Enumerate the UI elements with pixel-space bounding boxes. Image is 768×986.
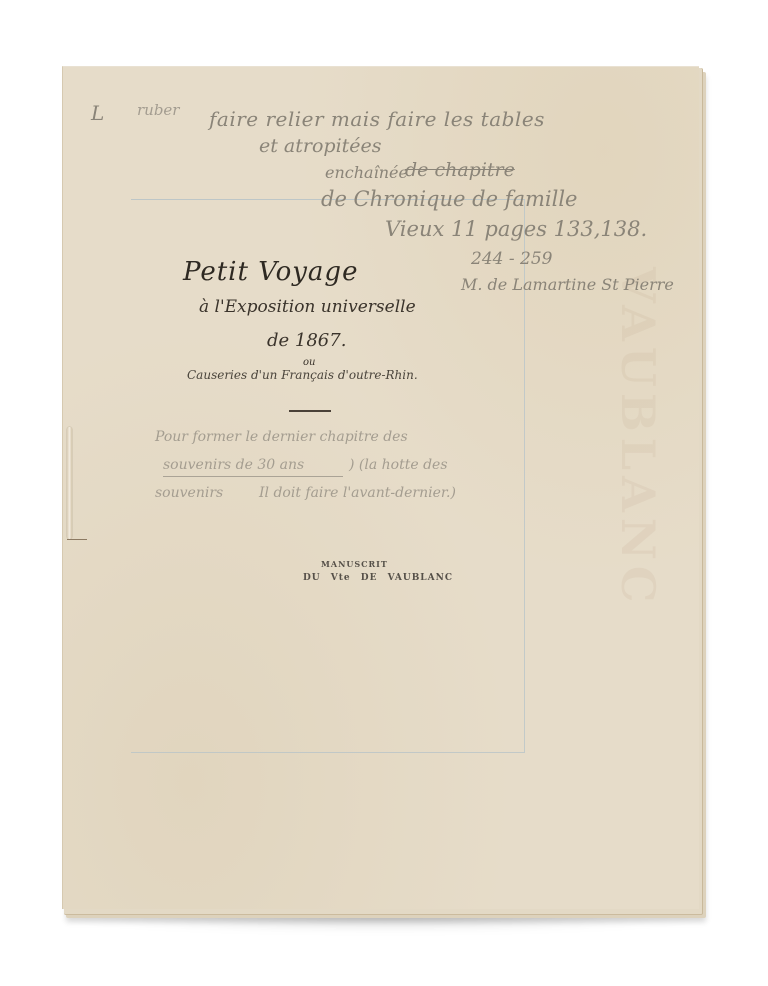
title-or: ou [303, 357, 315, 368]
show-through-text: VAUBLANC [611, 267, 665, 609]
faint-note-underline [163, 476, 343, 477]
manuscript-cover: VAUBLANC L ruber faire relier mais faire… [62, 66, 699, 909]
title-divider [289, 410, 331, 412]
binding-thread-tail [67, 539, 87, 540]
pencil-note-line2: et atropitées [259, 135, 382, 157]
title-main: Petit Voyage [183, 257, 358, 287]
pencil-note-line7: M. de Lamartine St Pierre [461, 275, 674, 294]
faint-note-line1: Pour former le dernier chapitre des [155, 429, 408, 445]
title-line3: de 1867. [267, 330, 346, 351]
title-line2: à l'Exposition universelle [199, 297, 416, 317]
faint-note-line2a: souvenirs de 30 ans [163, 457, 304, 473]
faint-note-line3a: souvenirs [155, 485, 223, 501]
faint-note-line3b: Il doit faire l'avant-dernier.) [259, 485, 456, 501]
margin-mark: L [91, 101, 104, 125]
stamp-line2: DU Vte DE VAUBLANC [303, 573, 453, 583]
pencil-note-line6: 244 - 259 [471, 249, 552, 269]
pencil-note-line4: de Chronique de famille [321, 187, 577, 211]
pencil-note-line3-prefix: enchaînée [325, 163, 408, 182]
pencil-note-prefix: ruber [137, 101, 179, 119]
stamp-line1: MANUSCRIT [321, 559, 388, 569]
binding-thread [67, 427, 72, 539]
faint-note-line2b: ) (la hotte des [349, 457, 448, 473]
pencil-note-line3-struck: de chapitre [405, 159, 515, 181]
pencil-note-line1: faire relier mais faire les tables [209, 107, 545, 131]
pencil-note-line5: Vieux 11 pages 133,138. [385, 217, 647, 241]
title-subtitle: Causeries d'un Français d'outre-Rhin. [187, 368, 418, 382]
